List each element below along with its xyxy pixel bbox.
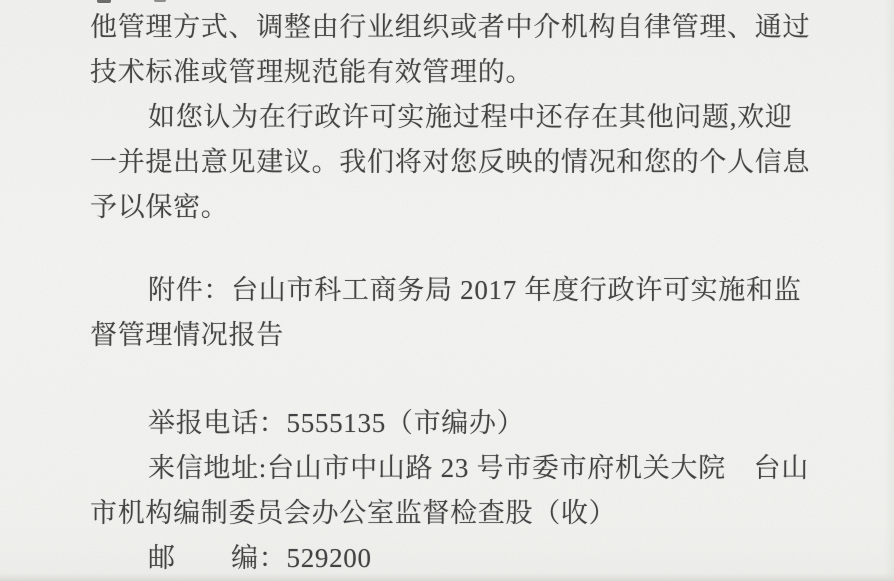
text-line: 市机构编制委员会办公室监督检查股（收） <box>90 491 812 536</box>
scan-artifact-top-mark <box>97 0 111 3</box>
scan-artifact-top-mark-2 <box>154 0 166 2</box>
text-line: 予以保密。 <box>90 185 812 230</box>
text-line: 附件：台山市科工商务局 2017 年度行政许可实施和监 <box>90 268 812 313</box>
text-line: 他管理方式、调整由行业组织或者中介机构自律管理、通过 <box>90 5 812 50</box>
text-line: 举报电话：5555135（市编办） <box>90 401 812 446</box>
scan-bottom-edge-shade <box>0 573 894 581</box>
scan-right-edge-shade <box>884 0 894 581</box>
document-body: 他管理方式、调整由行业组织或者中介机构自律管理、通过技术标准或管理规范能有效管理… <box>90 5 812 581</box>
scanned-document-page: 他管理方式、调整由行业组织或者中介机构自律管理、通过技术标准或管理规范能有效管理… <box>0 0 894 581</box>
text-line: 来信地址:台山市中山路 23 号市委市府机关大院 台山 <box>90 446 812 491</box>
text-line: 技术标准或管理规范能有效管理的。 <box>90 50 812 95</box>
text-line: 如您认为在行政许可实施过程中还存在其他问题,欢迎 <box>90 95 812 140</box>
text-line: 一并提出意见建议。我们将对您反映的情况和您的个人信息 <box>90 140 812 185</box>
text-line: 督管理情况报告 <box>90 313 812 358</box>
